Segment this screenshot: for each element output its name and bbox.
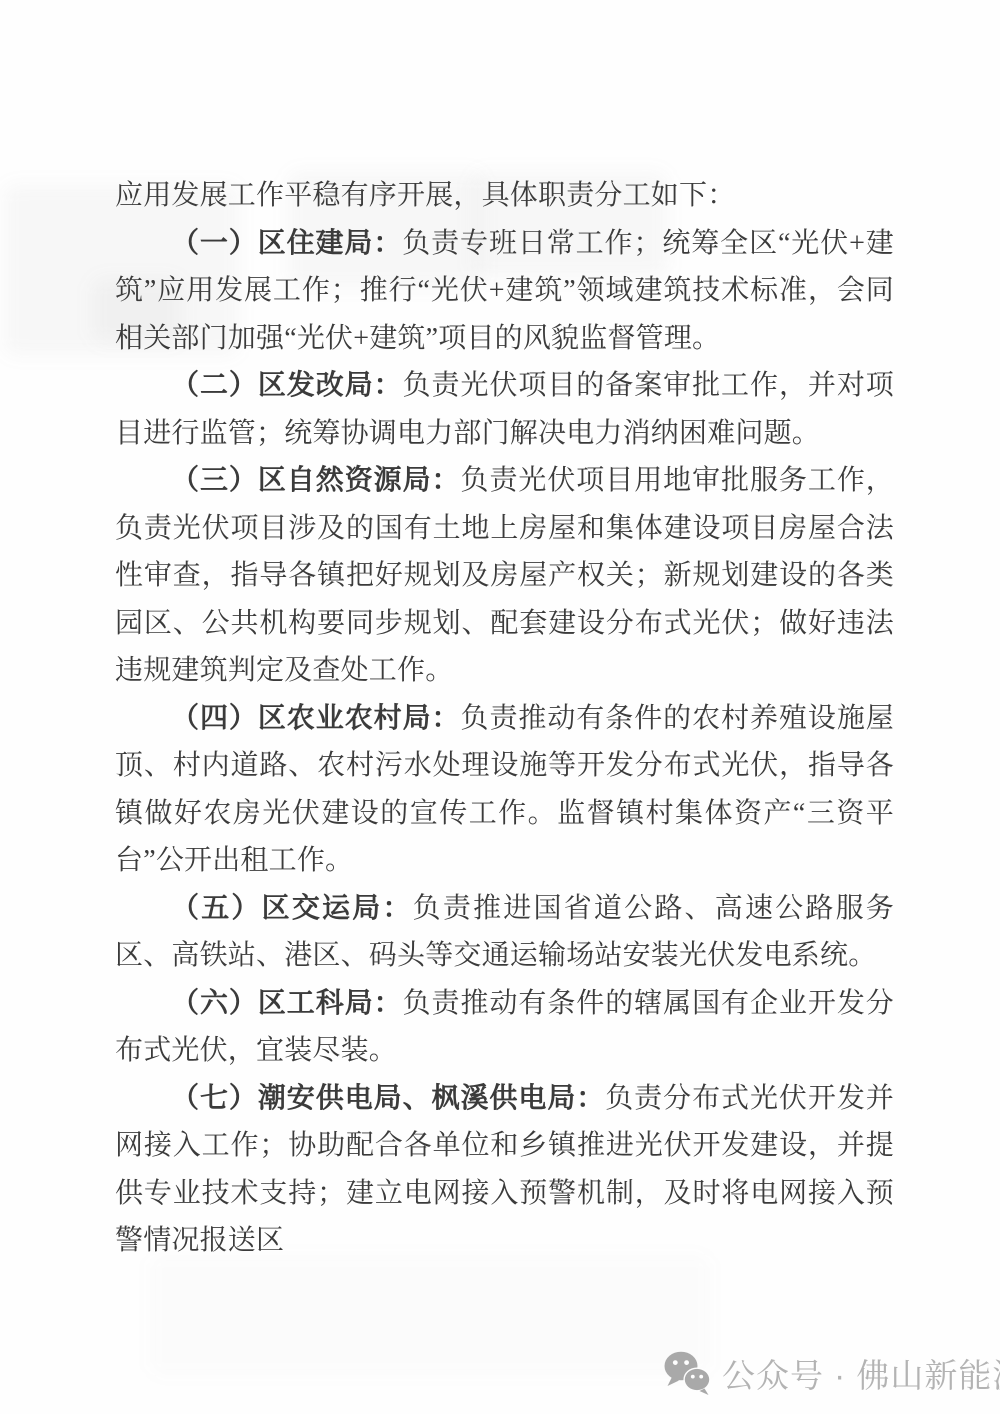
paragraph: （二）区发改局：负责光伏项目的备案审批工作，并对项目进行监管；统筹协调电力部门解… [115,362,894,457]
paragraph-head: （四）区农业农村局： [171,703,461,734]
paragraph-head: （一）区住建局： [171,228,402,259]
document-body: 应用发展工作平稳有序开展，具体职责分工如下：（一）区住建局：负责专班日常工作；统… [115,172,894,1265]
paragraph: （三）区自然资源局：负责光伏项目用地审批服务工作，负责光伏项目涉及的国有土地上房… [115,457,894,695]
paragraph-head: （六）区工科局： [171,988,403,1019]
paragraph: （五）区交运局：负责推进国省道公路、高速公路服务区、高铁站、港区、码头等交通运输… [115,885,894,980]
paragraph: 应用发展工作平稳有序开展，具体职责分工如下： [115,172,894,220]
paragraph: （一）区住建局：负责专班日常工作；统筹全区“光伏+建筑”应用发展工作；推行“光伏… [115,220,894,363]
paragraph-head: （五）区交运局： [171,893,413,924]
paragraph: （七）潮安供电局、枫溪供电局：负责分布式光伏开发并网接入工作；协助配合各单位和乡… [115,1075,894,1265]
paragraph-head: （七）潮安供电局、枫溪供电局： [171,1083,605,1114]
paragraph: （四）区农业农村局：负责推动有条件的农村养殖设施屋顶、村内道路、农村污水处理设施… [115,695,894,885]
footer-watermark: 公众号 · 佛山新能源 [663,1349,1000,1397]
bleedthrough-artifact [150,1255,710,1375]
paragraph-body: 负责光伏项目用地审批服务工作，负责光伏项目涉及的国有土地上房屋和集体建设项目房屋… [115,465,894,686]
wechat-icon [663,1350,713,1396]
paragraph-body: 应用发展工作平稳有序开展，具体职责分工如下： [115,180,735,211]
paragraph-head: （二）区发改局： [171,370,403,401]
document-page: 应用发展工作平稳有序开展，具体职责分工如下：（一）区住建局：负责专班日常工作；统… [0,0,1000,1414]
watermark-label: 公众号 · 佛山新能源 [722,1350,1000,1397]
paragraph-head: （三）区自然资源局： [171,465,461,496]
paragraph: （六）区工科局：负责推动有条件的辖属国有企业开发分布式光伏，宜装尽装。 [115,980,894,1075]
